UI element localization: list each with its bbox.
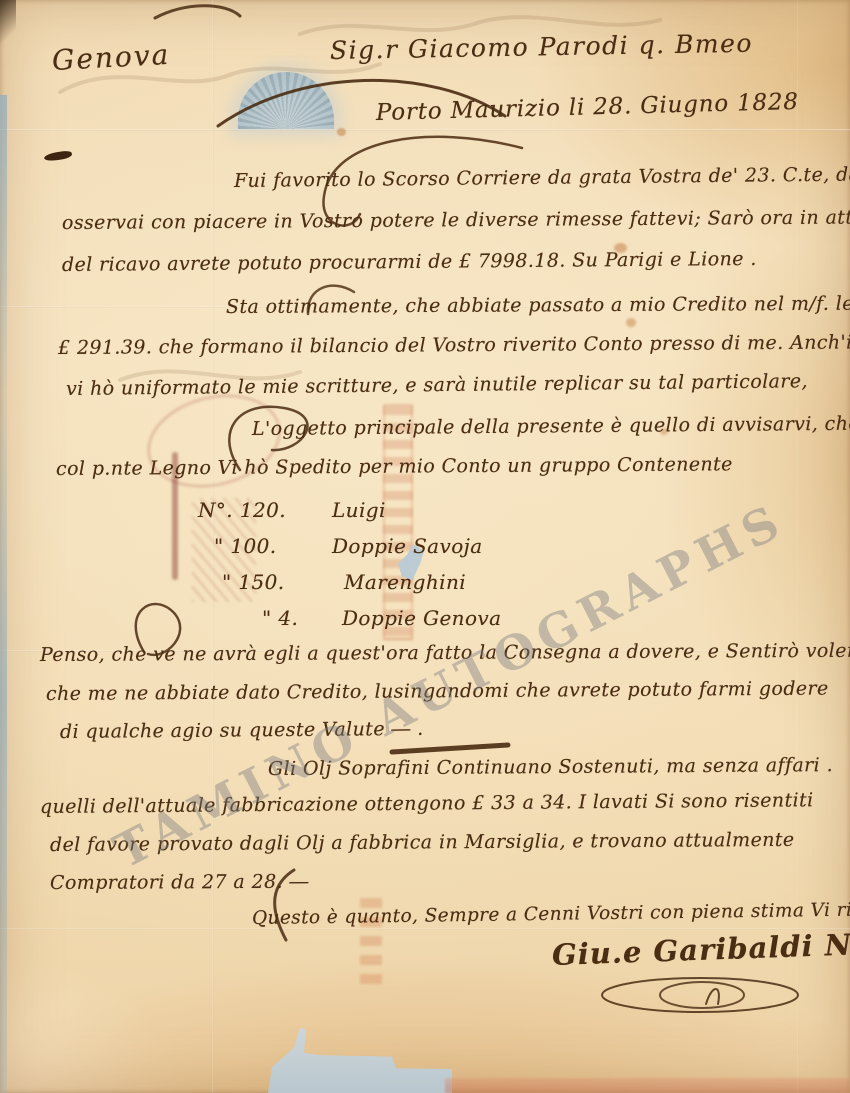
foxing-spot [626, 318, 636, 327]
closing-line: Questo è quanto, Sempre a Cenni Vostri c… [252, 899, 850, 929]
body-line: Compratori da 27 a 28. ― [50, 871, 309, 894]
stamp-bleedthrough-vertical [383, 404, 413, 640]
ink-blot [44, 150, 73, 162]
destination-city: Genova [51, 38, 171, 77]
body-line: Fui favorito lo Scorso Corriere da grata… [234, 163, 850, 192]
paper-edge-backing [0, 95, 7, 1093]
body-line: Sta ottimamente, che abbiate passato a m… [226, 293, 850, 318]
shipment-qty: N°. 120. [198, 498, 286, 522]
flourish-stroke [155, 6, 240, 18]
fold-crease-horizontal [0, 928, 850, 930]
signature-paraph [660, 982, 744, 1008]
fold-crease-horizontal [0, 129, 850, 131]
body-line: osservai con piacere in Vostro potere le… [62, 206, 850, 234]
signature-paraph [602, 978, 798, 1012]
flourish-stroke [392, 745, 508, 752]
body-line: L'oggetto principale della presente è qu… [252, 413, 850, 440]
wax-seal [238, 72, 334, 129]
foxing-spot [337, 128, 346, 136]
body-line: col p.nte Legno Vi hò Spedito per mio Co… [56, 453, 733, 480]
shipment-item: Marenghini [344, 570, 466, 594]
shipment-qty: " 4. [262, 606, 298, 630]
body-line: vi hò uniformato le mie scritture, e sar… [66, 370, 808, 400]
body-line: £ 291.39. che formano il bilancio del Vo… [58, 331, 850, 359]
corner-nick [0, 0, 16, 46]
signature: Giu.e Garibaldi Nip.te [551, 925, 850, 972]
body-line: del ricavo avrete potuto procurarmi de £… [62, 248, 757, 276]
shipment-item: Doppie Genova [342, 606, 501, 630]
shipment-item: Doppie Savoja [332, 534, 483, 558]
recipient-line: Sig.r Giacomo Parodi q. Bmeo [330, 29, 753, 65]
signature-paraph [706, 989, 719, 1004]
paper-damage-bottom [252, 1028, 452, 1093]
shipment-qty: " 150. [222, 570, 285, 594]
shipment-qty: " 100. [214, 534, 277, 558]
letter-scan: Genova Sig.r Giacomo Parodi q. Bmeo Port… [0, 0, 850, 1093]
place-date-line: Porto Maurizio li 28. Giugno 1828 [376, 89, 799, 126]
shipment-item: Luigi [332, 498, 386, 522]
bottom-edge-stain [445, 1078, 850, 1093]
